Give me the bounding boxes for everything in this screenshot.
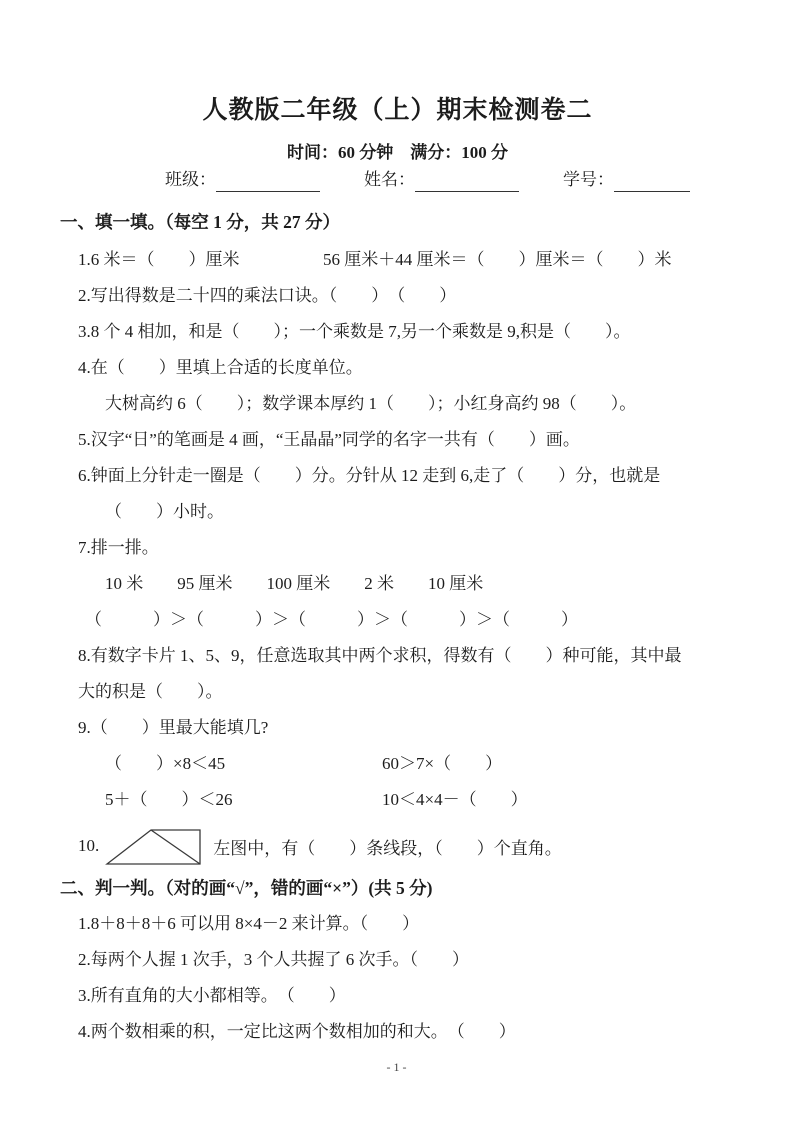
s1-question-6-sub: （ ）小时。 xyxy=(60,500,735,523)
student-id-label: 学号： xyxy=(563,168,614,192)
s1-question-7-values: 10 米 95 厘米 100 厘米 2 米 10 厘米 xyxy=(60,572,735,595)
page-title: 人教版二年级（上）期末检测卷二 xyxy=(60,94,735,127)
s2-question-1: 1.8＋8＋8＋6 可以用 8×4－2 来计算。（ ） xyxy=(60,912,735,935)
s1-question-4-sub: 大树高约 6（ ）；数学课本厚约 1（ ）；小红身高约 98（ ）。 xyxy=(60,392,735,415)
name-label: 姓名： xyxy=(364,168,415,192)
s1-q10-text: 左图中，有（ ）条线段，（ ）个直角。 xyxy=(213,834,562,859)
exam-paper: 人教版二年级（上）期末检测卷二 时间：60 分钟 满分：100 分 班级： 姓名… xyxy=(0,0,793,1122)
section1-heading: 一、填一填。（每空 1 分，共 27 分） xyxy=(60,210,735,234)
s2-question-4: 4.两个数相乘的积，一定比这两个数相加的和大。 （ ） xyxy=(60,1020,735,1043)
s2-question-2: 2.每两个人握 1 次手，3 个人共握了 6 次手。（ ） xyxy=(60,948,735,971)
s1-question-7-answer-line: （ ）＞（ ）＞（ ）＞（ ）＞（ ） xyxy=(60,608,735,631)
s1-q1-right: 56 厘米＋44 厘米＝（ ）厘米＝（ ）米 xyxy=(323,250,672,269)
s1-question-9-line1: （ ）×8＜4560＞7×（ ） xyxy=(60,752,735,775)
name-blank-line xyxy=(415,171,519,192)
page-number: - 1 - xyxy=(0,1060,793,1075)
s1-question-8: 8.有数字卡片 1、5、9，任意选取其中两个求积，得数有（ ）种可能，其中最 xyxy=(60,644,735,667)
s1-question-4: 4.在（ ）里填上合适的长度单位。 xyxy=(60,356,735,379)
s1-question-9-line2: 5＋（ ）＜2610＜4×4－（ ） xyxy=(60,788,735,811)
student-id-blank-line xyxy=(614,171,690,192)
s1-question-10: 10. 左图中，有（ ）条线段，（ ）个直角。 xyxy=(60,824,735,868)
trapezoid-figure xyxy=(105,826,205,866)
class-field: 班级： xyxy=(165,168,320,192)
s1-question-5: 5.汉字“日”的笔画是 4 画，“王晶晶”同学的名字一共有（ ）画。 xyxy=(60,428,735,451)
s1-question-2: 2.写出得数是二十四的乘法口诀。（ ） （ ） xyxy=(60,284,735,307)
s1-q9-line1-left: （ ）×8＜45 xyxy=(105,752,382,775)
class-label: 班级： xyxy=(165,168,216,192)
s1-question-6: 6.钟面上分针走一圈是（ ）分。分针从 12 走到 6,走了（ ）分，也就是 xyxy=(60,464,735,487)
student-id-field: 学号： xyxy=(563,168,690,192)
s1-question-1: 1.6 米＝（ ）厘米56 厘米＋44 厘米＝（ ）厘米＝（ ）米 xyxy=(60,248,735,271)
s1-q9-line1-right: 60＞7×（ ） xyxy=(382,754,502,773)
exam-info-line: 时间：60 分钟 满分：100 分 xyxy=(60,141,735,165)
student-info-line: 班级： 姓名： 学号： xyxy=(90,168,765,192)
s1-question-3: 3.8 个 4 相加，和是（ ）；一个乘数是 7,另一个乘数是 9,积是（ ）。 xyxy=(60,320,735,343)
s1-q1-left: 1.6 米＝（ ）厘米 xyxy=(78,248,323,271)
s1-question-7: 7.排一排。 xyxy=(60,536,735,559)
s2-question-3: 3.所有直角的大小都相等。 （ ） xyxy=(60,984,735,1007)
name-field: 姓名： xyxy=(364,168,519,192)
s1-q9-line2-right: 10＜4×4－（ ） xyxy=(382,790,528,809)
s1-question-8-sub: 大的积是（ ）。 xyxy=(60,680,735,703)
s1-q10-number: 10. xyxy=(60,836,99,856)
s1-q9-line2-left: 5＋（ ）＜26 xyxy=(105,788,382,811)
s1-question-9: 9.（ ）里最大能填几? xyxy=(60,716,735,739)
section2-heading: 二、判一判。（对的画“√”，错的画“×”）(共 5 分) xyxy=(60,876,735,900)
class-blank-line xyxy=(216,171,320,192)
